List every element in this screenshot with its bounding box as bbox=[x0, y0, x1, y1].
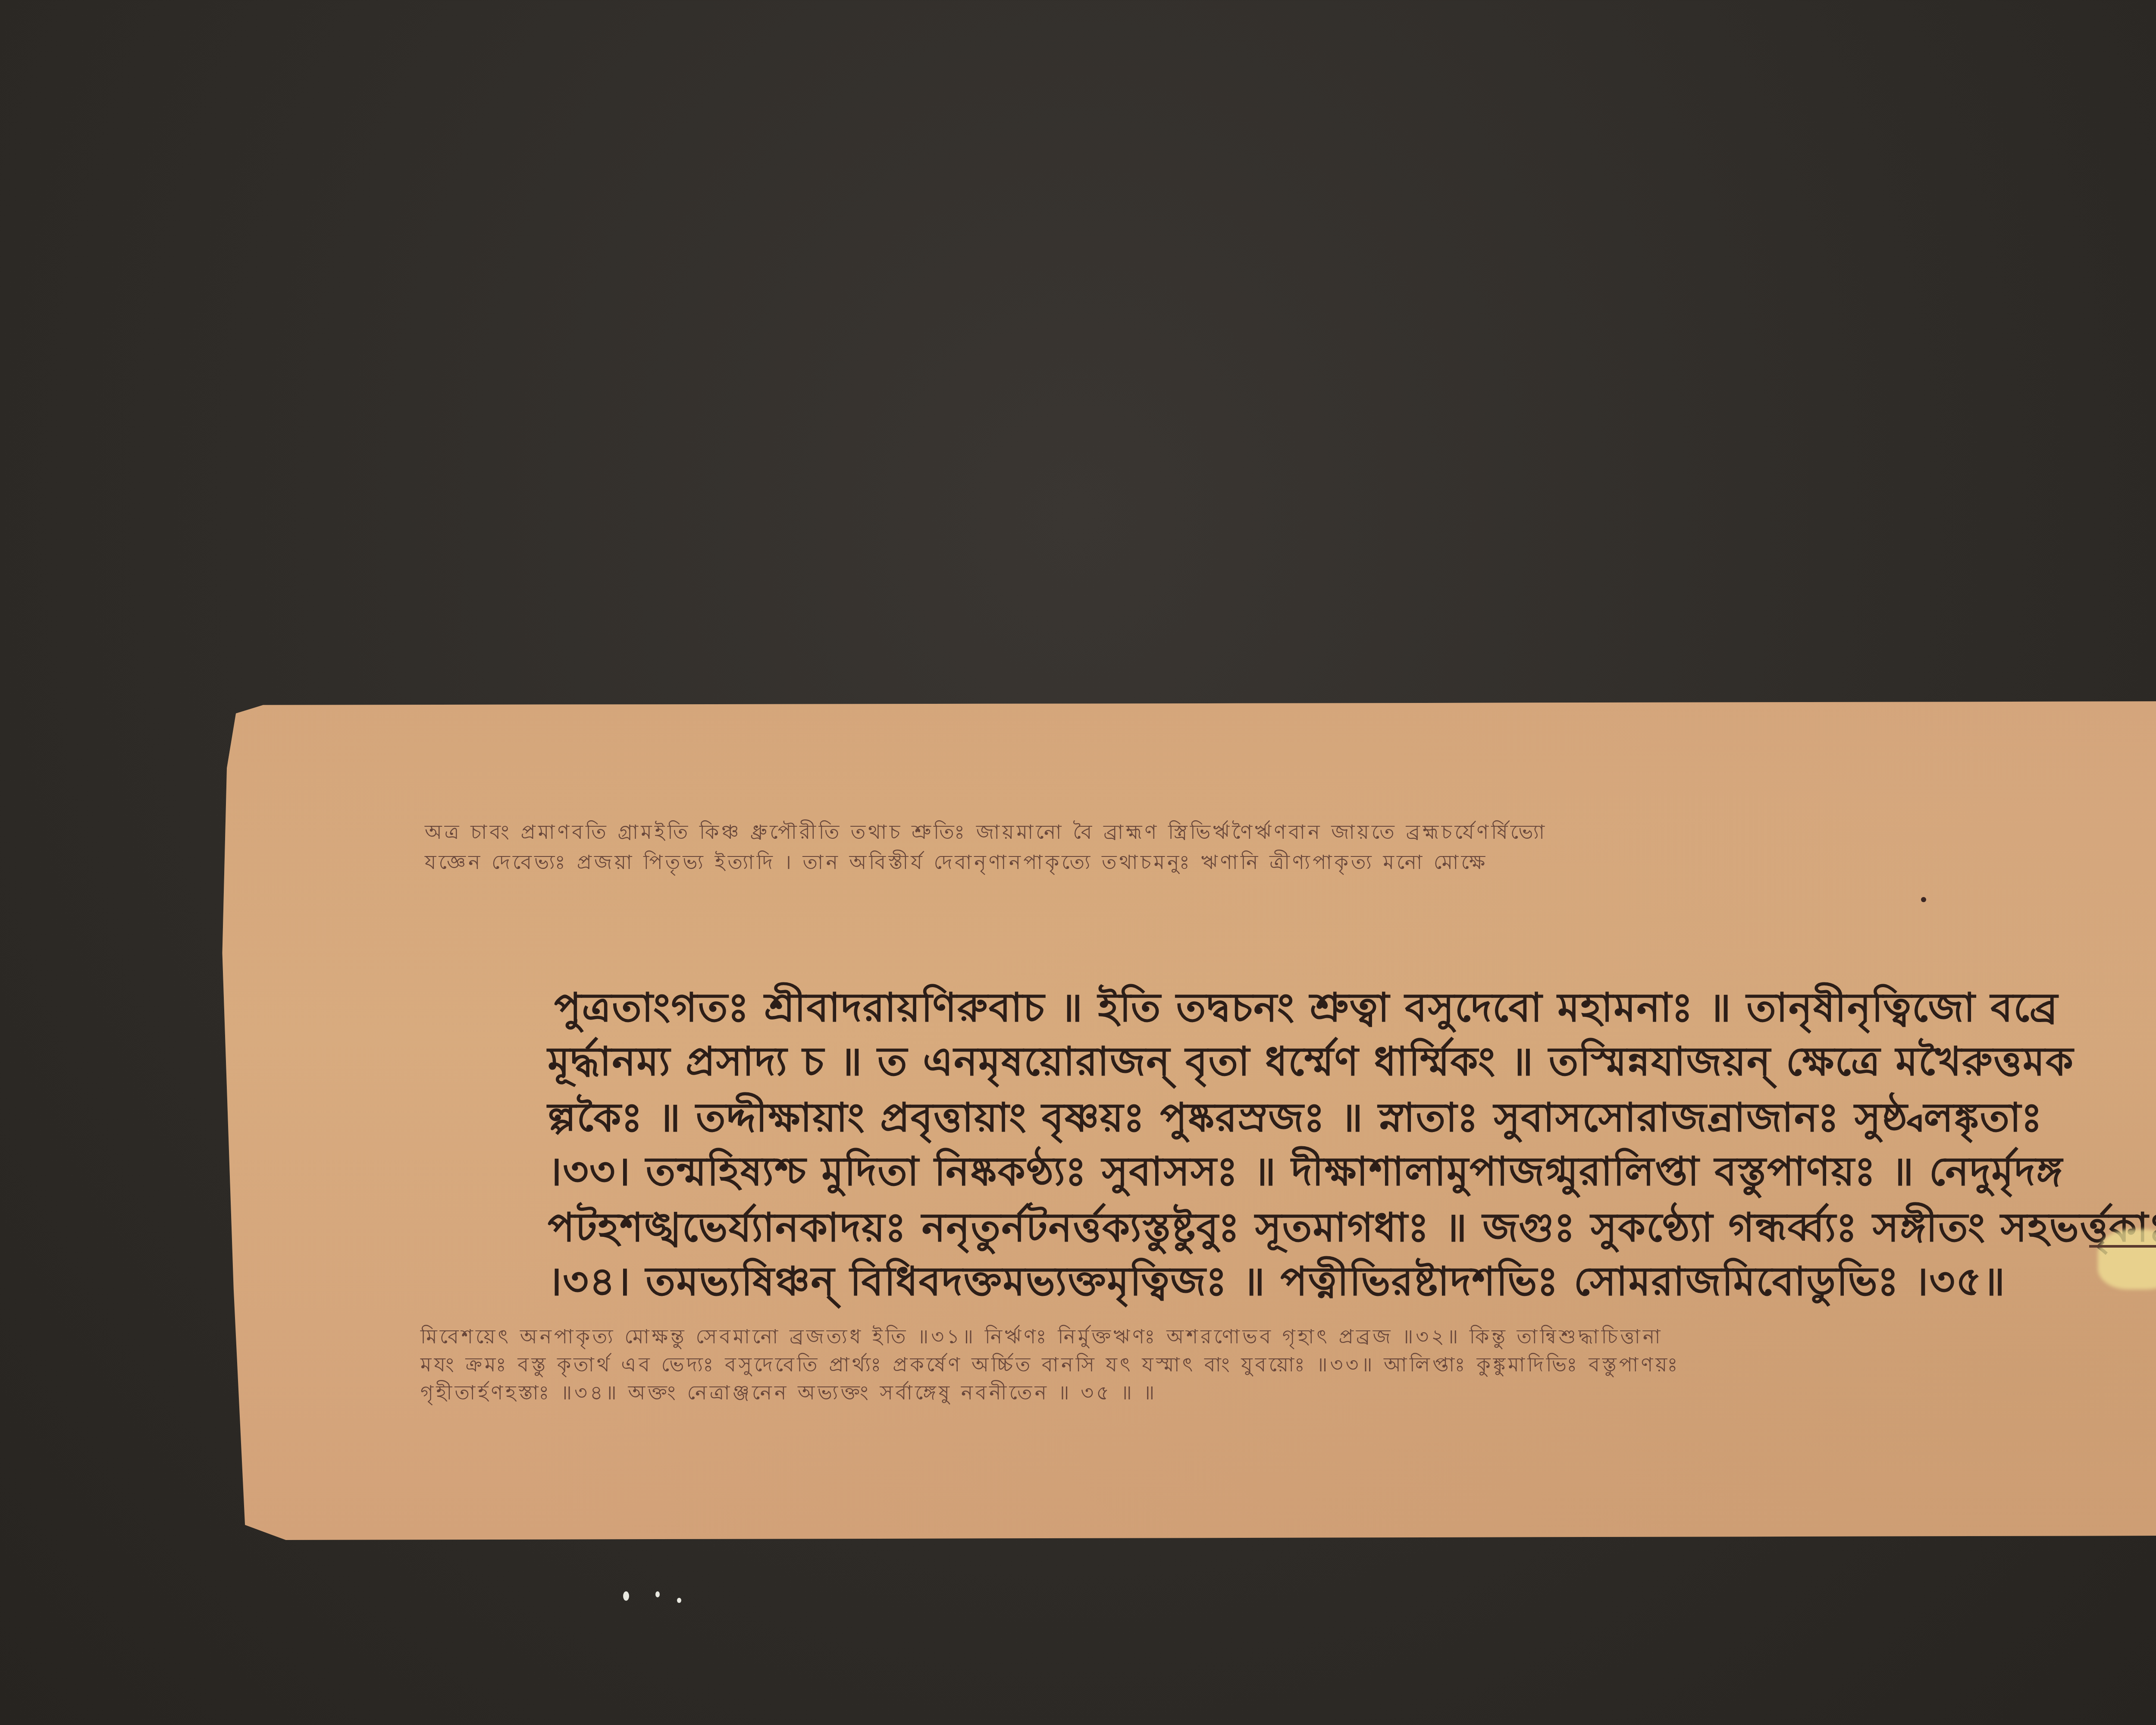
yellow-correction-patch bbox=[2098, 1229, 2156, 1289]
manuscript-folio: অত্র চাবং প্রমাণবতি গ্রামইতি কিঞ্চ ধ্রুপ… bbox=[218, 701, 2156, 1542]
commentary-top-line-1: অত্র চাবং প্রমাণবতি গ্রামইতি কিঞ্চ ধ্রুপ… bbox=[425, 817, 1547, 850]
dust-speck bbox=[623, 1591, 629, 1601]
ink-dot bbox=[1921, 897, 1926, 902]
commentary-top-line-2: যজ্ঞেন দেবেভ্যঃ প্রজয়া পিতৃভ্য ইত্যাদি … bbox=[425, 847, 1488, 880]
dust-speck bbox=[677, 1598, 681, 1603]
end-rule-line bbox=[2089, 1245, 2156, 1248]
main-text-line-6: ।৩৪। তমভ্যষিঞ্চন্ বিধিবদক্তমভ্যক্তমৃত্বি… bbox=[548, 1251, 2006, 1317]
dust-speck bbox=[655, 1591, 660, 1597]
commentary-bottom-line-3: গৃহীতার্হণহস্তাঃ ॥৩৪॥ অক্তং নেত্রাঞ্জনেন… bbox=[420, 1378, 1157, 1411]
